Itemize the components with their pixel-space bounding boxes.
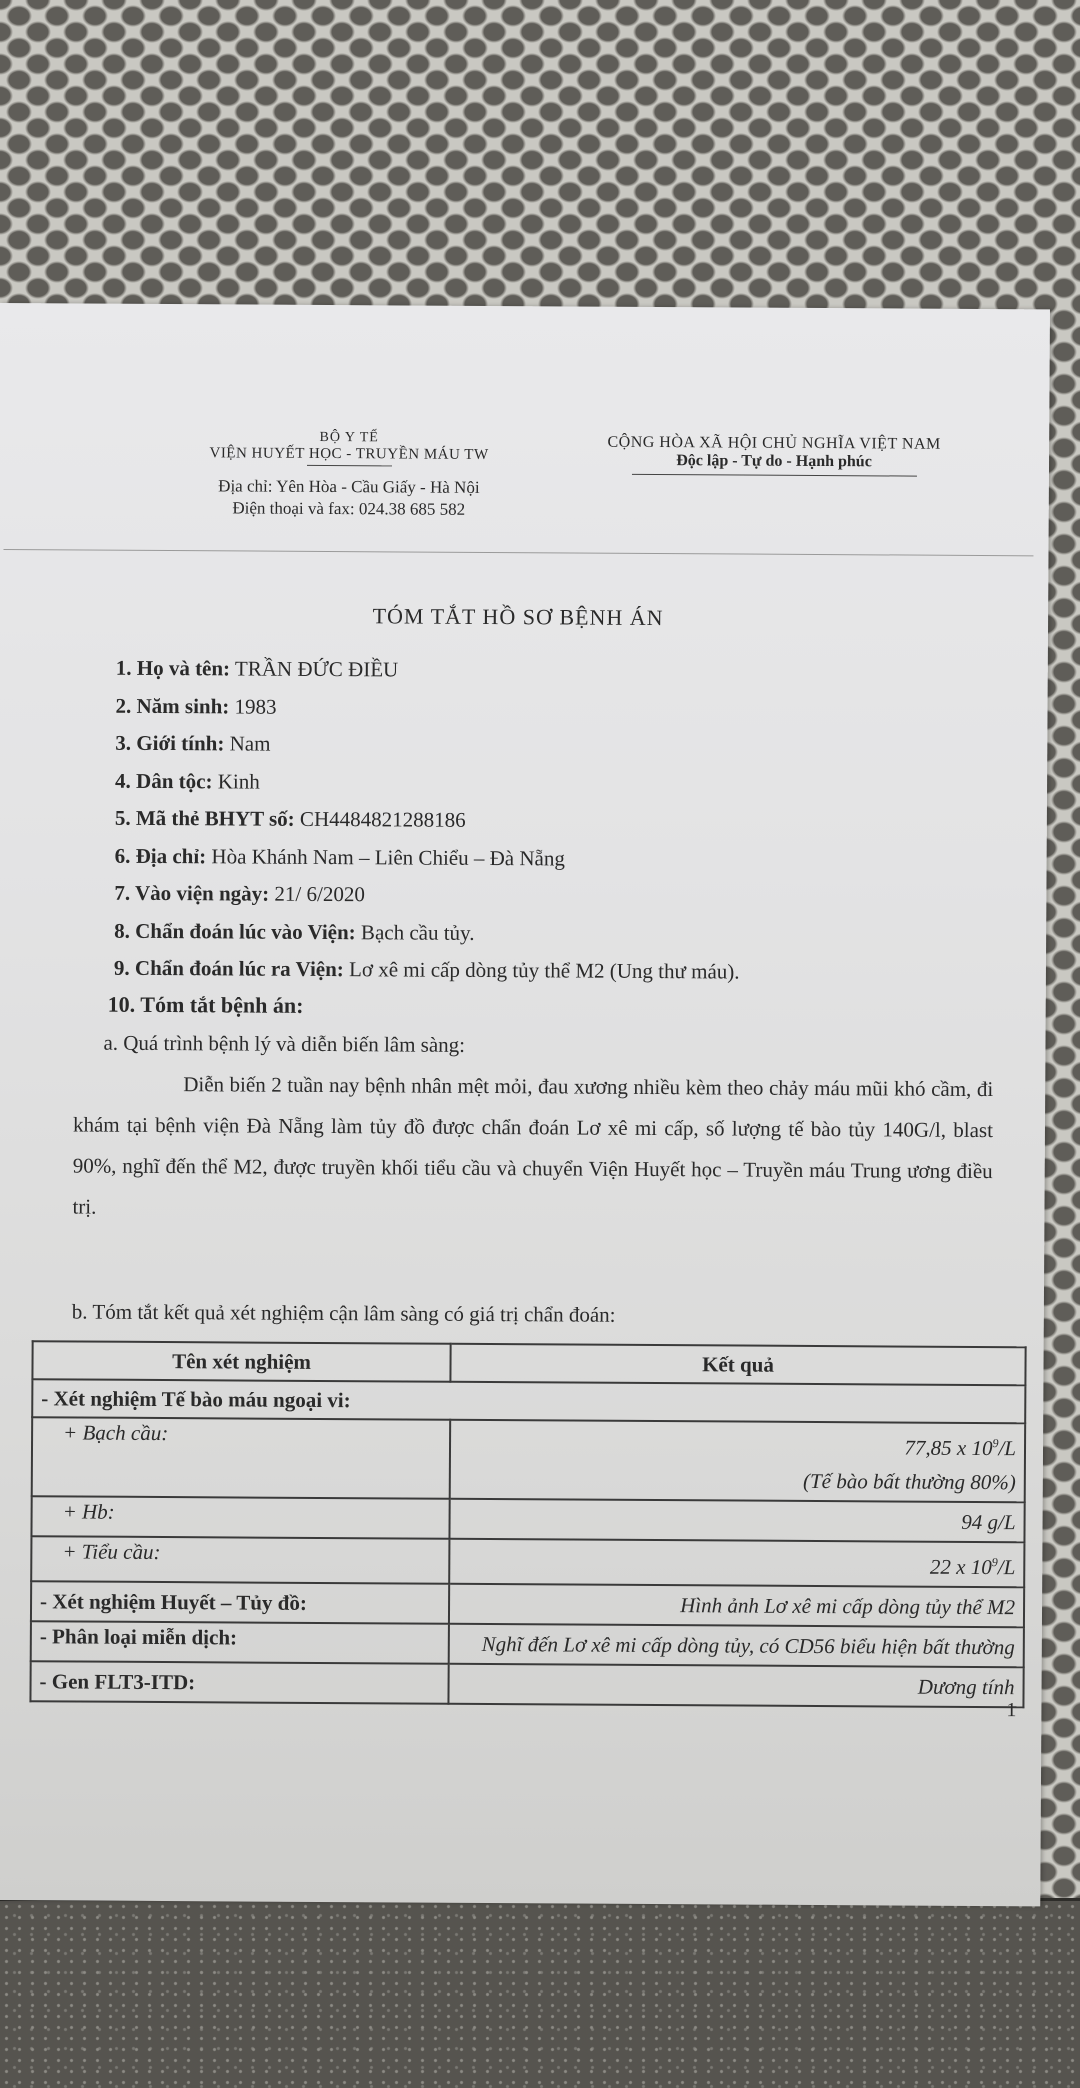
group-peripheral-blood: - Xét nghiệm Tế bào máu ngoại vi:: [32, 1379, 1025, 1423]
table-row: + Bạch cầu: 77,85 x 109/L(Tế bào bất thư…: [32, 1417, 1025, 1502]
header-divider: [3, 549, 1033, 556]
field-discharge-diagnosis: 9. Chẩn đoán lúc ra Viện: Lơ xê mi cấp d…: [114, 956, 740, 997]
result-immunophenotype: Nghĩ đến Lơ xê mi cấp dòng tủy, có CD56 …: [449, 1624, 1024, 1668]
field-admission-diagnosis: 8. Chẩn đoán lúc vào Viện: Bạch cầu tủy.: [114, 918, 740, 959]
test-hb: + Hb:: [31, 1496, 449, 1539]
table-row: - Gen FLT3-ITD: Dương tính: [30, 1661, 1023, 1707]
table-row: - Phân loại miễn dịch: Nghĩ đến Lơ xê mi…: [31, 1621, 1024, 1667]
field-admission-date: 7. Vào viện ngày: 21/ 6/2020: [114, 881, 740, 922]
national-header: CỘNG HÒA XÃ HỘI CHỦ NGHĨA VIỆT NAM Độc l…: [564, 433, 984, 477]
document-title: TÓM TẮT HỒ SƠ BỆNH ÁN: [0, 601, 1038, 633]
test-flt3: - Gen FLT3-ITD:: [30, 1661, 448, 1704]
issuer-header: BỘ Y TẾ VIỆN HUYẾT HỌC - TRUYỀN MÁU TW Đ…: [159, 429, 540, 521]
medical-record-paper: BỘ Y TẾ VIỆN HUYẾT HỌC - TRUYỀN MÁU TW Đ…: [0, 303, 1050, 1906]
field-address: 6. Địa chỉ: Hòa Khánh Nam – Liên Chiểu –…: [114, 843, 740, 884]
patient-fields: 1. Họ và tên: TRẦN ĐỨC ĐIỀU 2. Năm sinh:…: [114, 656, 742, 997]
table-row: + Tiểu cầu: 22 x 109/L: [31, 1536, 1024, 1587]
field-gender: 3. Giới tính: Nam: [115, 731, 741, 772]
clinical-course-heading: a. Quá trình bệnh lý và diễn biến lâm sà…: [103, 1031, 465, 1058]
field-ethnicity: 4. Dân tộc: Kinh: [115, 768, 741, 809]
result-wbc: 77,85 x 109/L(Tế bào bất thường 80%): [450, 1420, 1025, 1503]
institute-address: Địa chỉ: Yên Hòa - Cầu Giấy - Hà Nội: [159, 475, 539, 499]
result-flt3: Dương tính: [448, 1664, 1023, 1708]
page-number: 1: [1006, 1699, 1016, 1722]
nation-name: CỘNG HÒA XÃ HỘI CHỦ NGHĨA VIỆT NAM: [564, 433, 984, 454]
test-platelets: + Tiểu cầu:: [31, 1536, 449, 1584]
test-marrow: - Xét nghiệm Huyết – Tủy đồ:: [31, 1581, 449, 1624]
institute-underline: [307, 465, 392, 467]
table-row: - Xét nghiệm Tế bào máu ngoại vi:: [32, 1379, 1025, 1423]
field-birth-year: 2. Năm sinh: 1983: [115, 693, 741, 734]
institute-name: VIỆN HUYẾT HỌC - TRUYỀN MÁU TW: [159, 445, 539, 464]
clinical-course-paragraph: Diễn biến 2 tuần nay bệnh nhân mệt mỏi, …: [72, 1063, 993, 1233]
lab-results-table: Tên xét nghiệm Kết quả - Xét nghiệm Tế b…: [29, 1340, 1026, 1708]
national-motto: Độc lập - Tự do - Hạnh phúc: [564, 451, 984, 472]
institute-phone: Điện thoại và fax: 024.38 685 582: [159, 497, 539, 521]
result-marrow: Hình ảnh Lơ xê mi cấp dòng tủy thể M2: [449, 1584, 1024, 1628]
section-summary-heading: 10. Tóm tắt bệnh án:: [108, 992, 304, 1019]
field-name: 1. Họ và tên: TRẦN ĐỨC ĐIỀU: [116, 656, 742, 697]
result-hb: 94 g/L: [449, 1499, 1024, 1543]
col-result: Kết quả: [450, 1344, 1025, 1386]
field-insurance-number: 5. Mã thẻ BHYT số: CH4484821288186: [115, 806, 741, 847]
col-test-name: Tên xét nghiệm: [32, 1341, 450, 1382]
lab-results-heading: b. Tóm tắt kết quả xét nghiệm cận lâm sà…: [72, 1299, 616, 1327]
test-immunophenotype: - Phân loại miễn dịch:: [31, 1621, 449, 1664]
motto-underline: [631, 474, 916, 477]
result-platelets: 22 x 109/L: [449, 1539, 1024, 1588]
dark-surface-background: [0, 1898, 1080, 2088]
table-row: + Hb: 94 g/L: [31, 1496, 1024, 1542]
table-header-row: Tên xét nghiệm Kết quả: [32, 1341, 1025, 1385]
test-wbc: + Bạch cầu:: [32, 1417, 450, 1499]
table-row: - Xét nghiệm Huyết – Tủy đồ: Hình ảnh Lơ…: [31, 1581, 1024, 1627]
